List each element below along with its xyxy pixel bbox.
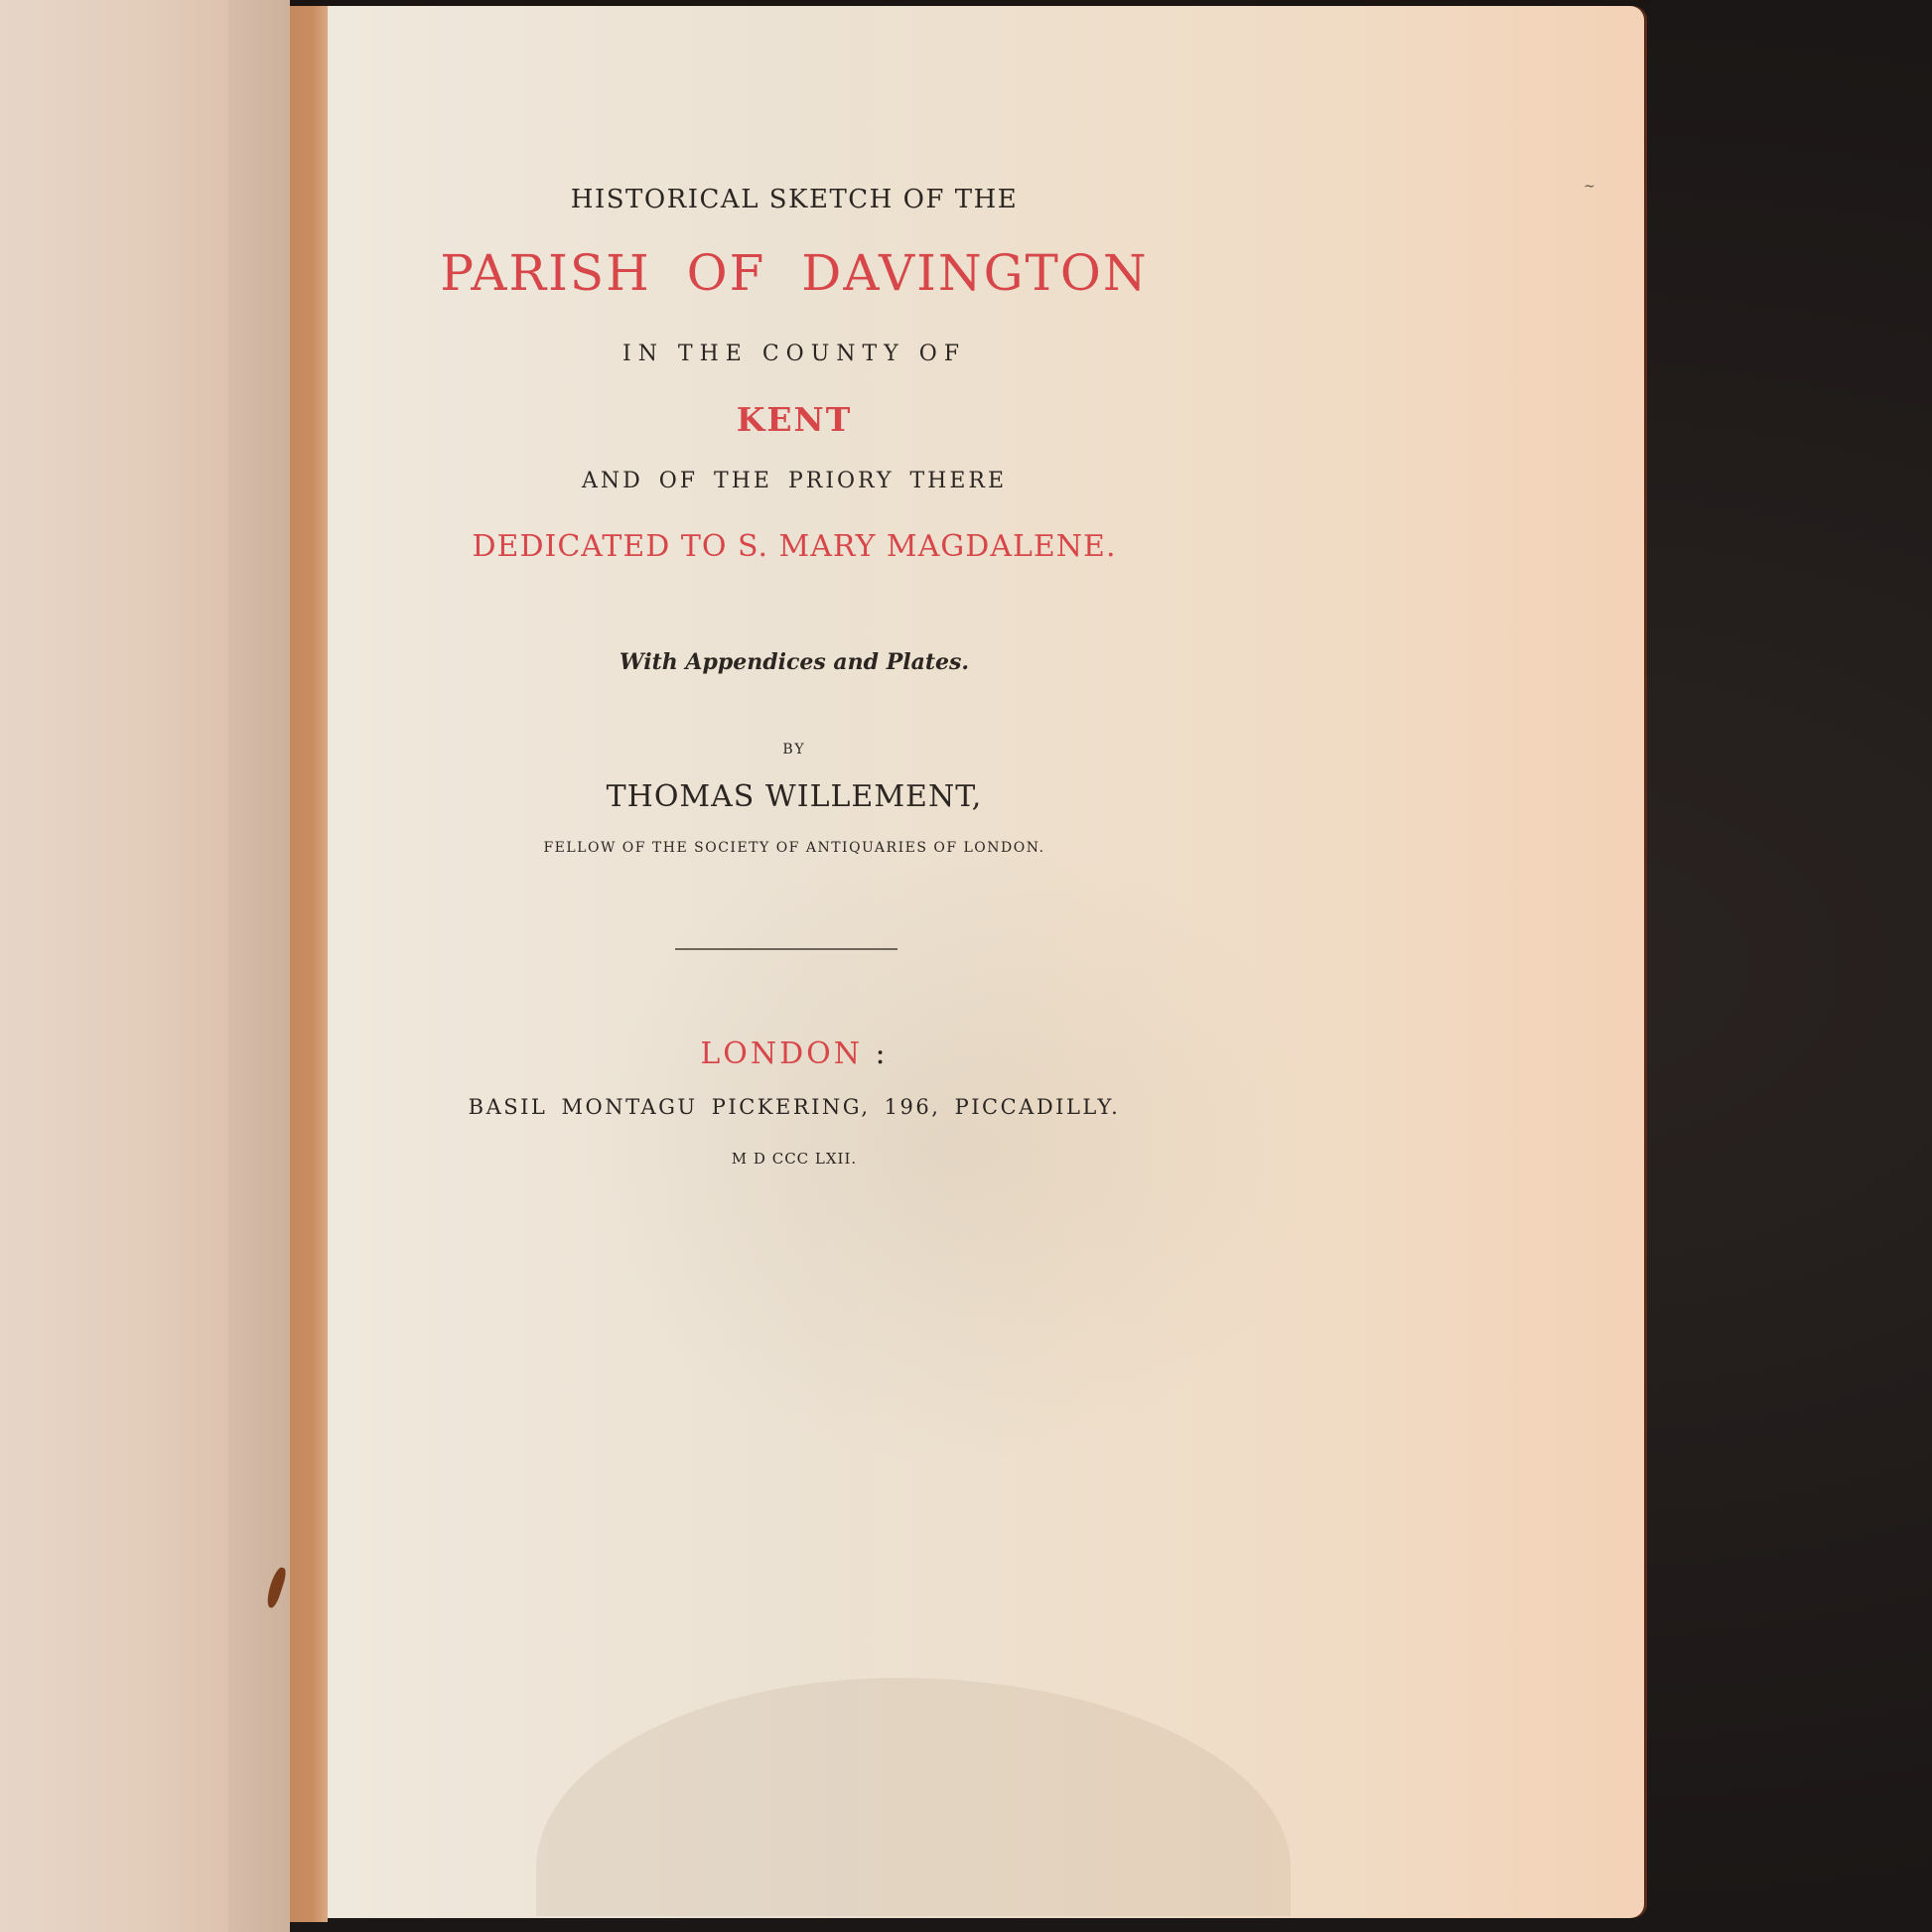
county-prefix: IN THE COUNTY OF xyxy=(328,342,1261,366)
author-affiliation: FELLOW OF THE SOCIETY OF ANTIQUARIES OF … xyxy=(328,840,1261,856)
priory-line: AND OF THE PRIORY THERE xyxy=(328,469,1261,493)
place-name: LONDON xyxy=(700,1036,863,1071)
author-name: THOMAS WILLEMENT, xyxy=(328,779,1261,814)
by-label: BY xyxy=(328,742,1261,758)
left-page-fold xyxy=(228,0,290,1932)
margin-mark: ~ xyxy=(1584,179,1595,195)
place-punctuation: : xyxy=(876,1036,889,1071)
main-title: PARISH OF DAVINGTON xyxy=(328,244,1261,302)
publication-date: M D CCC LXII. xyxy=(328,1150,1261,1168)
foxing-stain xyxy=(576,824,1320,1469)
dedication: DEDICATED TO S. MARY MAGDALENE. xyxy=(328,529,1261,564)
county-name: KENT xyxy=(328,400,1261,439)
book-gutter xyxy=(290,6,328,1922)
publisher: BASIL MONTAGU PICKERING, 196, PICCADILLY… xyxy=(328,1095,1261,1119)
decorative-rule xyxy=(675,948,897,950)
subtitle-blackletter: With Appendices and Plates. xyxy=(328,649,1261,675)
imprint-place: LONDON : xyxy=(328,1036,1261,1071)
title-prefix: HISTORICAL SKETCH OF THE xyxy=(328,185,1261,214)
